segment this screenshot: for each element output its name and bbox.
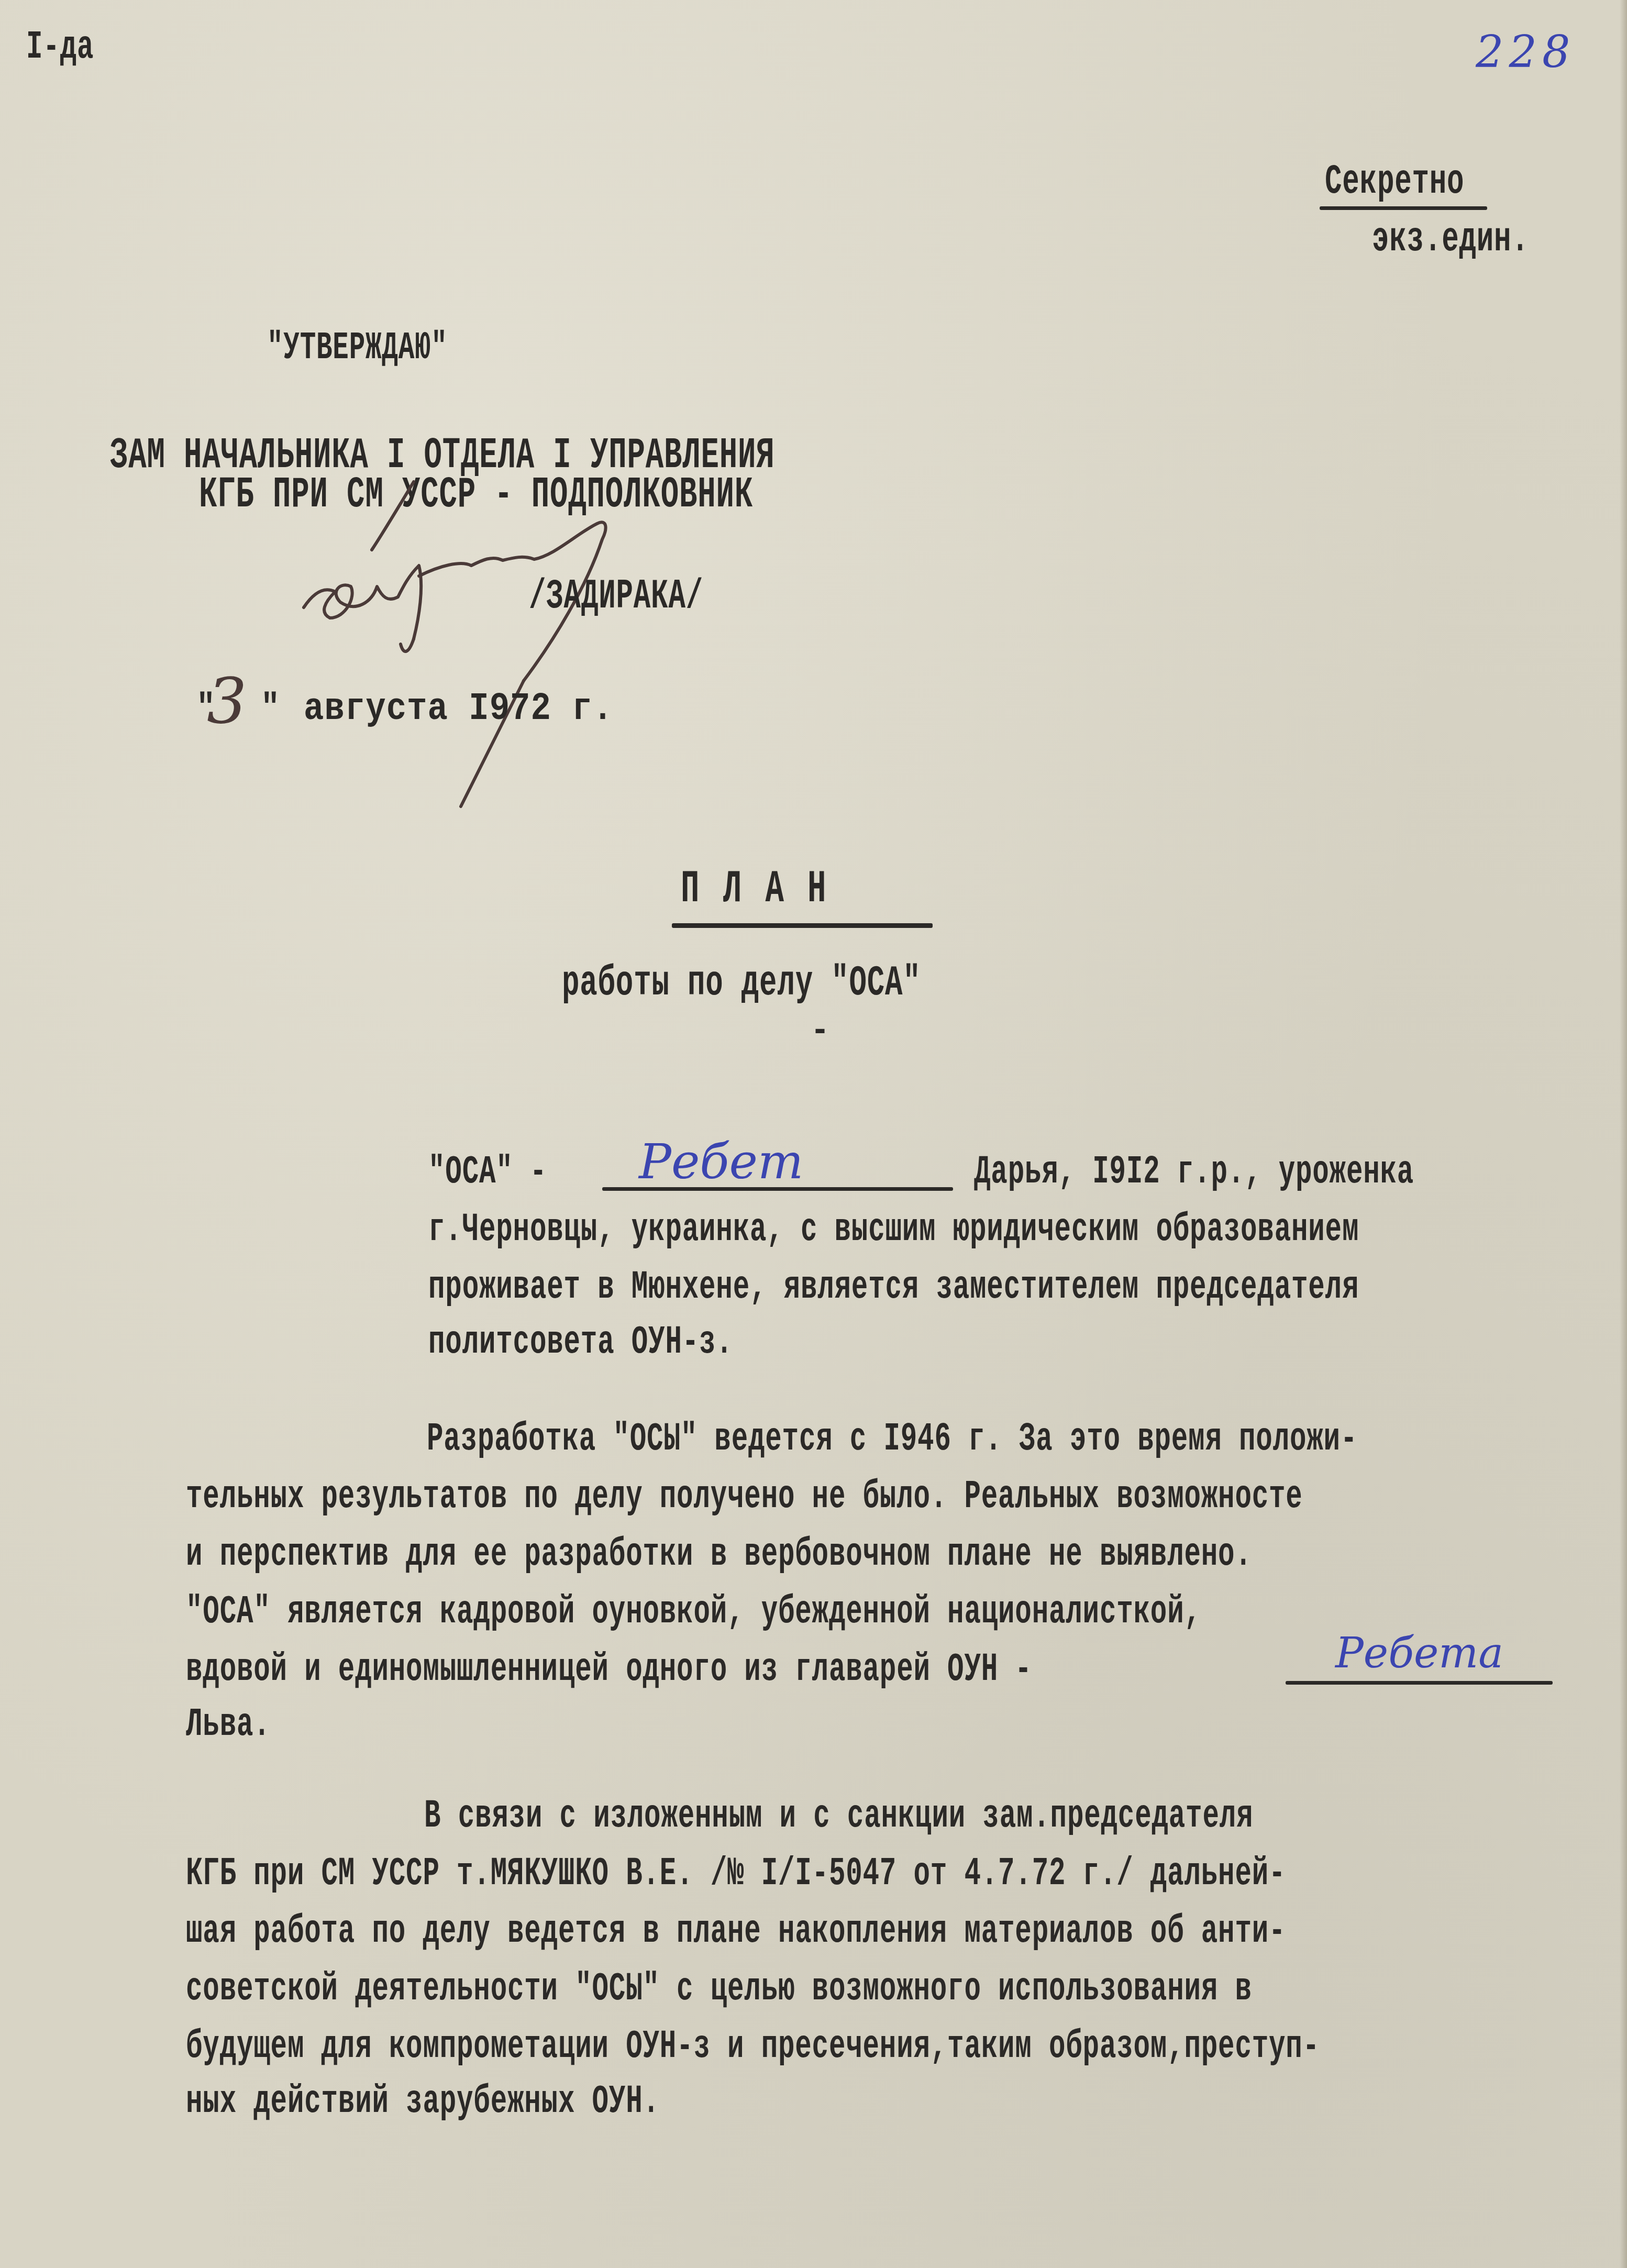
- paragraph1-line2: г.Черновцы, украинка, с высшим юридическ…: [428, 1210, 1359, 1250]
- date-day-handwritten: 3: [207, 665, 247, 738]
- paragraph3-line2: КГБ при СМ УССР т.МЯКУШКО В.Е. /№ I/I-50…: [186, 1854, 1286, 1894]
- handwritten-surname-2: Ребета: [1335, 1629, 1503, 1677]
- paragraph3-line3: шая работа по делу ведется в плане накоп…: [186, 1911, 1286, 1952]
- classification-label: Секретно: [1325, 161, 1464, 203]
- signatory-name: /ЗАДИРАКА/: [529, 576, 703, 617]
- paragraph2-line2: тельных результатов по делу получено не …: [186, 1477, 1303, 1517]
- paragraph3-line4: советской деятельности "ОСЫ" с целью воз…: [186, 1969, 1252, 2009]
- paragraph3-line5: будущем для компрометации ОУН-з и пресеч…: [186, 2027, 1320, 2067]
- paragraph2-line1: Разработка "ОСЫ" ведется с I946 г. За эт…: [427, 1419, 1357, 1459]
- paragraph3-line1: В связи с изложенным и с санкции зам.пре…: [424, 1796, 1253, 1836]
- title-underline: [672, 923, 933, 928]
- paragraph3-line6: ных действий зарубежных ОУН.: [186, 2082, 660, 2122]
- paragraph1-line4: политсовета ОУН-з.: [428, 1322, 733, 1363]
- signature-scribble: [293, 429, 843, 838]
- surname-blank-1: [602, 1187, 953, 1191]
- date-quote-close: ": [261, 690, 280, 726]
- classification-underline: [1320, 206, 1487, 210]
- copy-note: экз.един.: [1372, 219, 1529, 260]
- subtitle-dash: -: [811, 1013, 830, 1049]
- paragraph1-lead: "ОСА" -: [428, 1152, 547, 1192]
- paragraph2-line4: "ОСА" является кадровой оуновкой, убежде…: [186, 1592, 1201, 1632]
- handwritten-surname-1: Ребет: [639, 1134, 803, 1190]
- paragraph2-line5: вдовой и единомышленницей одного из глав…: [186, 1650, 1032, 1690]
- date-text: августа I972 г.: [304, 690, 613, 729]
- approval-heading: "УТВЕРЖДАЮ": [267, 329, 448, 368]
- document-subtitle: работы по делу "ОСА": [562, 962, 921, 1005]
- document-page: I-да 228 Секретно экз.един. "УТВЕРЖДАЮ" …: [0, 0, 1627, 2268]
- paragraph2-line6: Льва.: [186, 1705, 271, 1745]
- corner-mark: I-да: [26, 27, 94, 68]
- paragraph1-line3: проживает в Мюнхене, является заместител…: [428, 1267, 1359, 1308]
- surname-blank-2: [1286, 1681, 1553, 1685]
- paragraph2-line3: и перспектив для ее разработки в вербово…: [186, 1534, 1252, 1575]
- sheet-number: 228: [1476, 26, 1575, 78]
- document-title: П Л А Н: [681, 867, 828, 912]
- paragraph1-line1: Дарья, I9I2 г.р., уроженка: [974, 1152, 1414, 1192]
- page-edge-shadow: [1620, 0, 1627, 2268]
